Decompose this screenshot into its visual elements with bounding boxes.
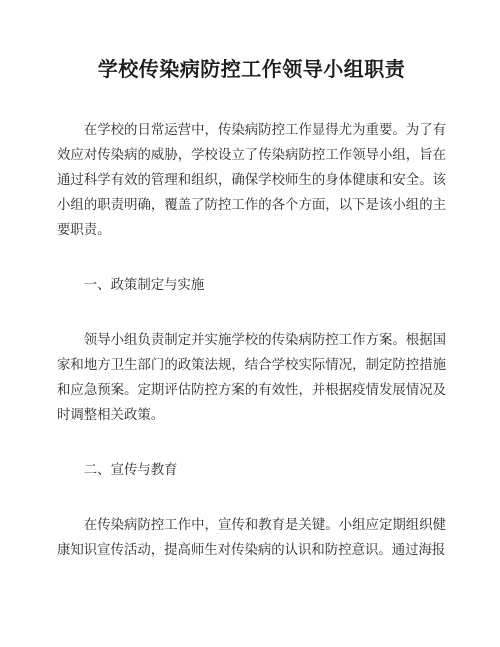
- education-paragraph: 在传染病防控工作中，宣传和教育是关键。小组应定期组织健康知识宣传活动，提高师生对…: [57, 512, 446, 562]
- section-heading-education: 二、宣传与教育: [57, 457, 446, 482]
- document-content: 学校传染病防控工作领导小组职责 在学校的日常运营中，传染病防控工作显得尤为重要。…: [0, 0, 500, 562]
- intro-paragraph: 在学校的日常运营中，传染病防控工作显得尤为重要。为了有效应对传染病的威胁，学校设…: [57, 117, 446, 242]
- section-heading-policy: 一、政策制定与实施: [57, 272, 446, 297]
- document-title: 学校传染病防控工作领导小组职责: [57, 56, 446, 84]
- policy-paragraph: 领导小组负责制定并实施学校的传染病防控工作方案。根据国家和地方卫生部门的政策法规…: [57, 327, 446, 427]
- document-page: 学校传染病防控工作领导小组职责 在学校的日常运营中，传染病防控工作显得尤为重要。…: [0, 0, 500, 647]
